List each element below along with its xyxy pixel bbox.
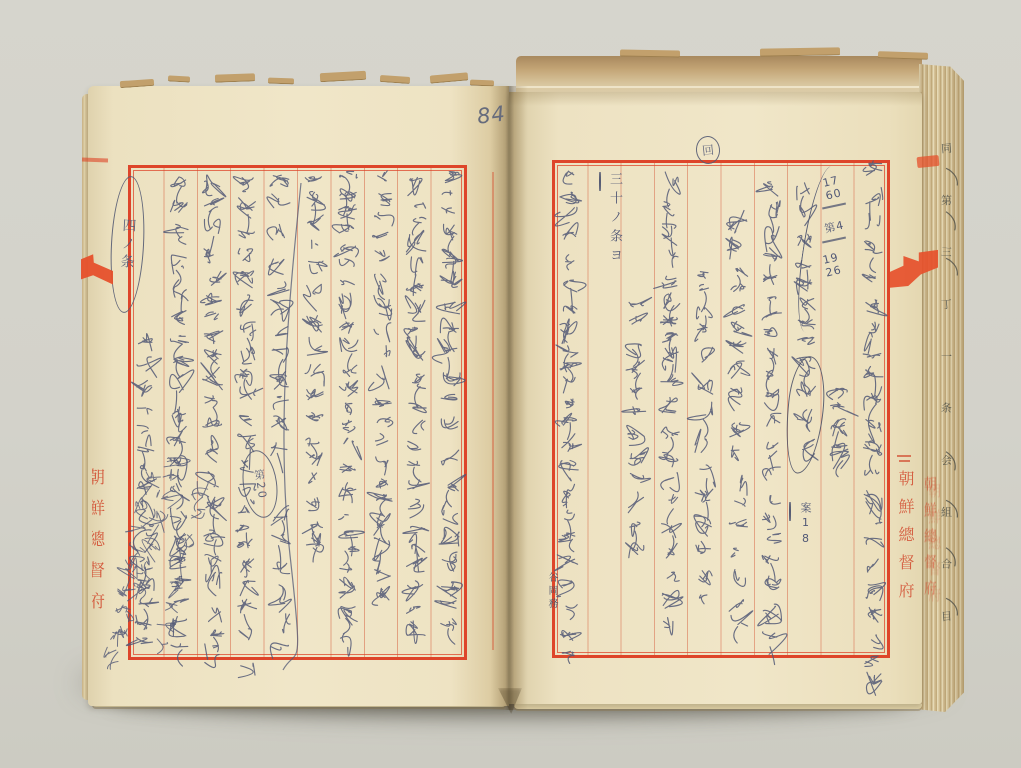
circled-number-text: 第20 — [250, 468, 270, 501]
torn-paper-bit — [760, 47, 840, 56]
case-number-annotation: 案18 — [789, 502, 819, 590]
bracketed-heading-text: 三十ノ条ヨ — [605, 172, 624, 267]
right-page-top-shading — [509, 92, 922, 106]
fore-edge-ink-char: 三 — [940, 243, 957, 260]
fore-edge-ink-char: 会 — [940, 451, 957, 468]
left-margin-stamp-clip: 朝鮮總督府 — [92, 468, 114, 660]
case-number-text: 案18 — [797, 502, 813, 548]
government-stamp-fore-edge: 朝鮮總督府 — [921, 476, 940, 666]
government-stamp-left: 朝鮮總督府 — [92, 468, 107, 623]
photo-open-manuscript-book: 朝鮮總督府 朝鮮總督府 朝鮮總督府 同第三丁一条会組合目 84 四ノ条 第20 … — [0, 0, 1021, 768]
torn-paper-bit — [268, 78, 294, 85]
gutter-shadow — [490, 86, 528, 710]
undersheet-red-dash — [82, 158, 108, 163]
circled-mark-text: 回 — [699, 143, 717, 157]
page-number: 84 — [476, 101, 507, 128]
page-stack-highlight — [516, 86, 922, 88]
left-page-column-rules — [131, 168, 464, 657]
bracketed-heading-annotation: 三十ノ条ヨ — [599, 172, 627, 324]
stamp-corner-mark — [897, 455, 911, 457]
torn-paper-bit — [320, 71, 366, 82]
torn-paper-bit — [380, 75, 410, 84]
circled-heading-text: 四ノ条 — [116, 217, 139, 272]
margin-name-note: 谷岡務 — [544, 572, 562, 652]
fore-edge-ink-char: 第 — [941, 192, 957, 208]
fore-edge-ink-char: 一 — [941, 348, 957, 364]
torn-paper-bit — [430, 72, 469, 83]
fore-edge-ink-char: 目 — [940, 607, 957, 624]
margin-name-text: 谷岡務 — [544, 572, 559, 611]
torn-paper-bit — [620, 49, 680, 57]
fore-edge-ink-text: 同第三丁一条会組合目 — [941, 140, 957, 624]
reference-numbers-annotation: 17 60 第4 19 26 — [806, 163, 858, 341]
left-page-red-frame — [128, 165, 467, 660]
fore-edge-ink-char: 条 — [940, 399, 957, 416]
fore-edge-ink-char: 組 — [941, 504, 957, 520]
fore-edge-ink-char: 丁 — [940, 295, 957, 312]
fore-edge-ink-char: 同 — [940, 139, 957, 156]
torn-paper-bit — [215, 73, 255, 82]
stamp-corner-mark — [899, 460, 910, 462]
orange-mark-small — [916, 155, 939, 168]
government-stamp-right: 朝鮮總督府 — [893, 470, 917, 662]
right-page-bottom-edge — [514, 704, 922, 709]
torn-paper-bit — [168, 75, 190, 82]
fore-edge-ink-char: 合 — [940, 555, 957, 572]
